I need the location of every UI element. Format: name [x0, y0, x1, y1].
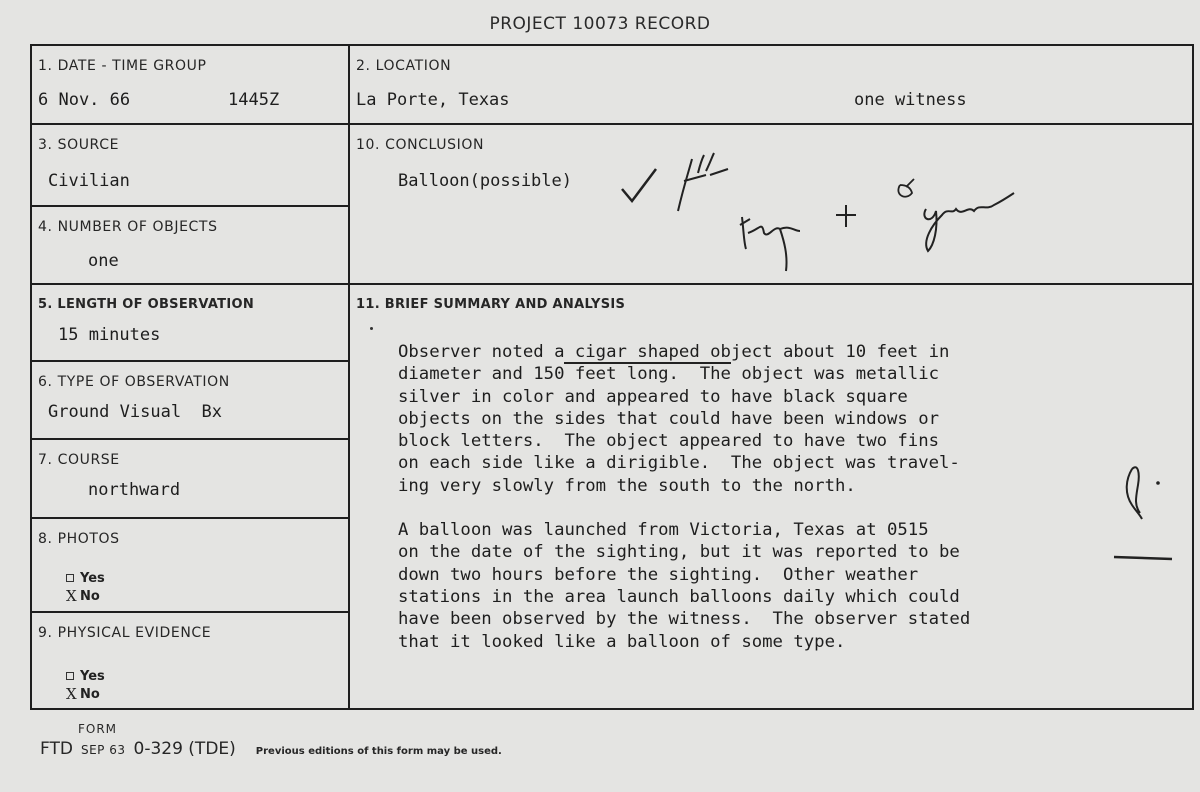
handwritten-mark-icon — [1110, 455, 1190, 565]
physical-evidence-no-option[interactable]: X No — [66, 685, 105, 703]
physical-evidence-label: 9. PHYSICAL EVIDENCE — [38, 625, 211, 641]
length-of-observation-value: 15 minutes — [58, 325, 160, 345]
course-value: northward — [88, 480, 180, 500]
photos-yes-option[interactable]: Yes — [66, 569, 105, 587]
photos-label: 8. PHOTOS — [38, 531, 120, 547]
summary-text: Observer noted a cigar shaped object abo… — [398, 341, 1178, 675]
summary-paragraph-1: Observer noted a cigar shaped object abo… — [398, 341, 1178, 497]
handwritten-annotation-icon — [610, 145, 1110, 275]
time-value: 1445Z — [228, 90, 279, 110]
summary-paragraph-2: A balloon was launched from Victoria, Te… — [398, 519, 1178, 653]
record-form: 1. DATE - TIME GROUP 6 Nov. 66 1445Z 2. … — [30, 44, 1194, 710]
physical-evidence-yes-option[interactable]: Yes — [66, 667, 105, 685]
number-of-objects-cell: 4. NUMBER OF OBJECTS one — [32, 207, 348, 285]
number-of-objects-label: 4. NUMBER OF OBJECTS — [38, 219, 218, 235]
conclusion-value: Balloon(possible) — [398, 171, 572, 191]
location-value: La Porte, Texas — [356, 90, 510, 110]
footer-ftd: FTD — [40, 739, 73, 759]
course-cell: 7. COURSE northward — [32, 440, 348, 519]
date-value: 6 Nov. 66 — [38, 90, 130, 110]
unchecked-box-icon — [66, 574, 74, 582]
photos-cell: 8. PHOTOS Yes X No — [32, 519, 348, 613]
length-of-observation-label: 5. LENGTH OF OBSERVATION — [38, 297, 254, 312]
source-cell: 3. SOURCE Civilian — [32, 125, 348, 207]
x-check-icon: X — [66, 592, 74, 600]
unchecked-box-icon — [66, 672, 74, 680]
form-footer: FTD SEP 63 0-329 (TDE) Previous editions… — [40, 739, 502, 759]
stray-dot — [370, 327, 373, 330]
footer-form-number: 0-329 (TDE) — [134, 739, 236, 759]
type-of-observation-value: Ground Visual Bx — [48, 402, 222, 422]
witness-count: one witness — [854, 90, 967, 110]
record-title: PROJECT 10073 RECORD — [0, 14, 1200, 34]
location-cell: 2. LOCATION La Porte, Texas one witness — [350, 46, 1192, 125]
type-of-observation-cell: 6. TYPE OF OBSERVATION Ground Visual Bx — [32, 362, 348, 440]
footer-note: Previous editions of this form may be us… — [256, 746, 502, 757]
conclusion-label: 10. CONCLUSION — [356, 137, 484, 153]
course-label: 7. COURSE — [38, 452, 120, 468]
source-value: Civilian — [48, 171, 130, 191]
date-time-label: 1. DATE - TIME GROUP — [38, 58, 207, 74]
footer-date: SEP 63 — [81, 743, 126, 757]
date-time-cell: 1. DATE - TIME GROUP 6 Nov. 66 1445Z — [32, 46, 348, 125]
length-of-observation-cell: 5. LENGTH OF OBSERVATION 15 minutes — [32, 285, 348, 362]
number-of-objects-value: one — [88, 251, 119, 271]
physical-evidence-cell: 9. PHYSICAL EVIDENCE Yes X No — [32, 613, 348, 708]
footer-form-label: FORM — [78, 722, 117, 736]
photos-no-option[interactable]: X No — [66, 587, 105, 605]
x-check-icon: X — [66, 690, 74, 698]
summary-label: 11. BRIEF SUMMARY AND ANALYSIS — [356, 297, 625, 312]
location-label: 2. LOCATION — [356, 58, 451, 74]
conclusion-cell: 10. CONCLUSION Balloon(possible) — [350, 125, 1192, 285]
summary-cell: 11. BRIEF SUMMARY AND ANALYSIS Observer … — [350, 285, 1192, 708]
type-of-observation-label: 6. TYPE OF OBSERVATION — [38, 374, 230, 390]
source-label: 3. SOURCE — [38, 137, 119, 153]
